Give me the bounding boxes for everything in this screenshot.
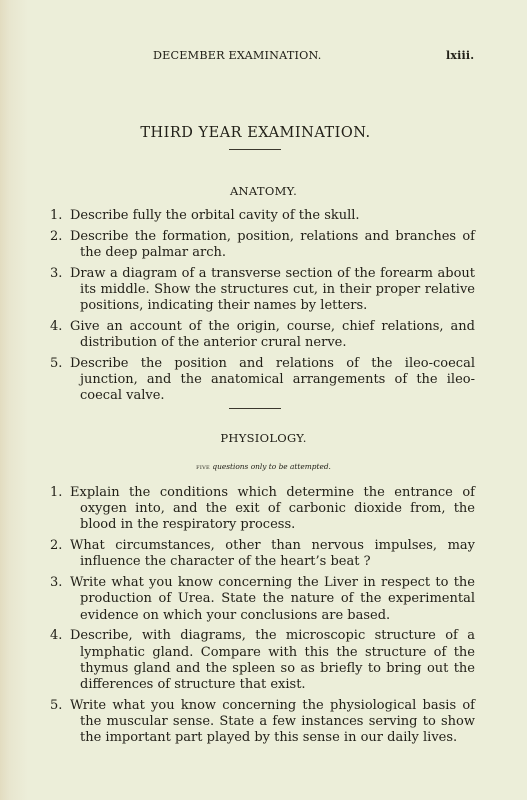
question-item: 1.Explain the conditions which determine… — [30, 485, 475, 534]
question-text: Describe fully the orbital cavity of the… — [70, 208, 360, 223]
question-number: 3. — [50, 575, 70, 591]
question-text: Describe, with diagrams, the microscopic… — [70, 628, 475, 692]
question-item: 5.Write what you know concerning the phy… — [30, 698, 475, 747]
question-item: 5.Describe the position and relations of… — [30, 356, 475, 405]
question-text: Write what you know concerning the Liver… — [70, 575, 475, 622]
question-item: 4.Give an account of the origin, course,… — [30, 319, 475, 351]
question-number: 4. — [50, 319, 70, 335]
question-text: Draw a diagram of a transverse section o… — [70, 266, 475, 313]
question-text: Describe the formation, position, relati… — [70, 229, 475, 260]
question-number: 1. — [50, 208, 70, 224]
question-text: Explain the conditions which determine t… — [70, 485, 475, 532]
question-number: 4. — [50, 628, 70, 644]
instruction-note: five questions only to be attempted. — [0, 462, 527, 471]
running-head: DECEMBER EXAMINATION. lxiii. — [0, 49, 527, 65]
question-number: 1. — [50, 485, 70, 501]
question-item: 3.Write what you know concerning the Liv… — [30, 575, 475, 624]
question-item: 3.Draw a diagram of a transverse section… — [30, 266, 475, 315]
running-head-title: DECEMBER EXAMINATION. — [153, 49, 322, 62]
question-item: 1.Describe fully the orbital cavity of t… — [30, 208, 475, 224]
anatomy-question-list: 1.Describe fully the orbital cavity of t… — [30, 208, 475, 409]
section-heading-physiology: PHYSIOLOGY. — [0, 431, 527, 445]
question-text: What circumstances, other than nervous i… — [70, 538, 475, 569]
page-number: lxiii. — [446, 49, 474, 62]
question-item: 2.Describe the formation, position, rela… — [30, 229, 475, 261]
question-item: 4.Describe, with diagrams, the microscop… — [30, 628, 475, 693]
question-number: 2. — [50, 229, 70, 245]
divider-rule — [229, 149, 281, 150]
physiology-question-list: 1.Explain the conditions which determine… — [30, 485, 475, 751]
divider-rule — [229, 408, 281, 409]
page-title: THIRD YEAR EXAMINATION. — [0, 125, 527, 141]
note-emphasis: five — [196, 462, 210, 471]
question-number: 5. — [50, 698, 70, 714]
book-page: DECEMBER EXAMINATION. lxiii. THIRD YEAR … — [0, 0, 527, 800]
question-text: Describe the position and relations of t… — [70, 356, 475, 403]
section-heading-anatomy: ANATOMY. — [0, 184, 527, 198]
question-text: Give an account of the origin, course, c… — [70, 319, 475, 350]
question-number: 5. — [50, 356, 70, 372]
page-title-text: THIRD YEAR EXAMINATION. — [140, 125, 370, 141]
question-item: 2.What circumstances, other than nervous… — [30, 538, 475, 570]
question-number: 2. — [50, 538, 70, 554]
question-text: Write what you know concerning the physi… — [70, 698, 475, 745]
note-text: questions only to be attempted. — [212, 462, 331, 471]
question-number: 3. — [50, 266, 70, 282]
